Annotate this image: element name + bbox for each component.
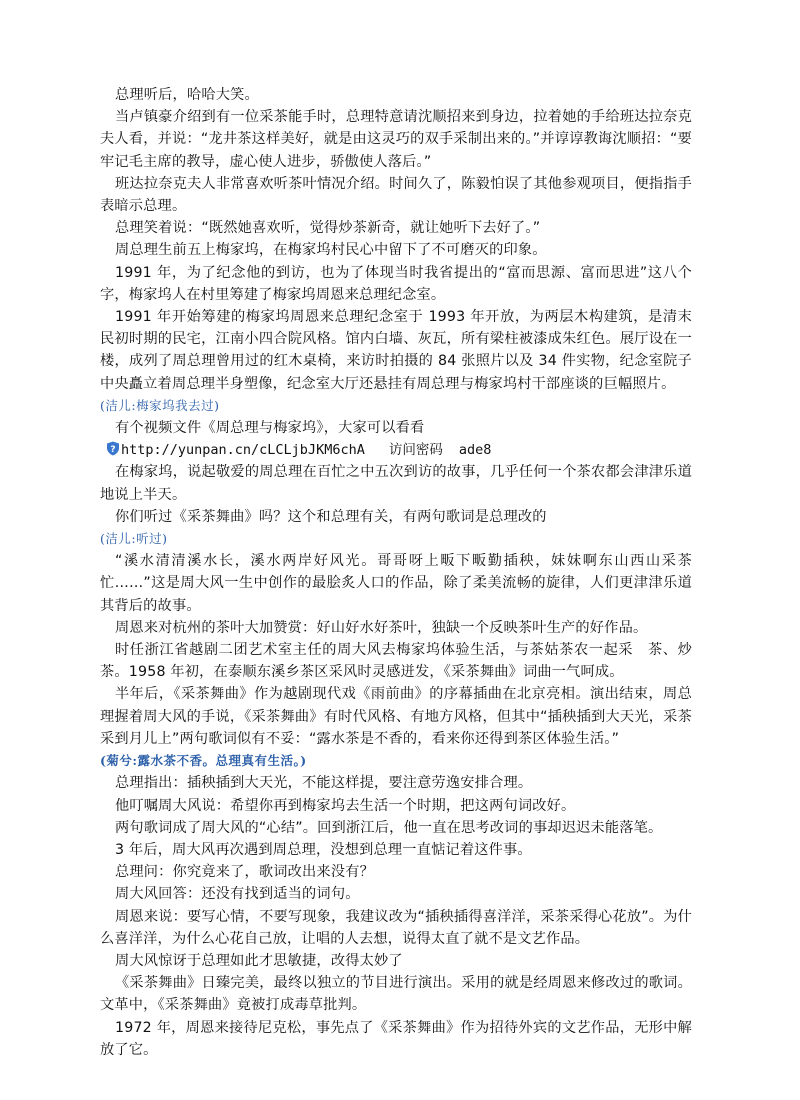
- paragraph: 周大风惊讶于总理如此才思敏捷，改得太妙了: [100, 950, 692, 972]
- paragraph: 他叮嘱周大风说：希望你再到梅家坞去生活一个时期，把这两句词改好。: [100, 795, 692, 817]
- password-value: ade8: [459, 442, 492, 458]
- paragraph: 总理笑着说：“既然她喜欢听，觉得炒茶新奇，就让她听下去好了。”: [100, 217, 692, 239]
- paragraph: 班达拉奈克夫人非常喜欢听茶叶情况介绍。时间久了，陈毅怕误了其他参观项目，便指指手…: [100, 173, 692, 217]
- paragraph: 3 年后，周大风再次遇到周总理，没想到总理一直惦记着这件事。: [100, 839, 692, 861]
- comment-note: (菊兮:露水茶不香。总理真有生活。): [100, 750, 692, 772]
- paragraph: 半年后，《采茶舞曲》作为越剧现代戏《雨前曲》的序幕插曲在北京亮相。演出结束，周总…: [100, 683, 692, 750]
- paragraph: 总理指出：插秧插到大天光，不能这样提，要注意劳逸安排合理。: [100, 772, 692, 794]
- shield-question-icon: ?: [106, 441, 120, 456]
- paragraph: 周恩来说：要写心情，不要写现象，我建议改为“插秧插得喜洋洋，采茶采得心花放”。为…: [100, 906, 692, 950]
- password-label: 访问密码: [389, 442, 443, 458]
- paragraph: 周总理生前五上梅家坞，在梅家坞村民心中留下了不可磨灭的印象。: [100, 239, 692, 261]
- paragraph: 1991 年开始筹建的梅家坞周恩来总理纪念室于 1993 年开放，为两层木构建筑…: [100, 306, 692, 395]
- comment-note: (洁儿:梅家坞我去过): [100, 395, 692, 417]
- svg-text:?: ?: [110, 445, 115, 455]
- video-intro: 有个视频文件《周总理与梅家坞》，大家可以看看: [100, 417, 692, 439]
- document-page: 总理听后，哈哈大笑。 当卢镇豪介绍到有一位采茶能手时，总理特意请沈顺招来到身边，…: [100, 84, 692, 1061]
- paragraph: 《采茶舞曲》日臻完美，最终以独立的节目进行演出。采用的就是经周恩来修改过的歌词。…: [100, 972, 692, 1016]
- paragraph: 1991 年，为了纪念他的到访，也为了体现当时我省提出的“富而思源、富而思进”这…: [100, 262, 692, 306]
- paragraph: 1972 年，周恩来接待尼克松，事先点了《采茶舞曲》作为招待外宾的文艺作品，无形…: [100, 1017, 692, 1061]
- paragraph: 周恩来对杭州的茶叶大加赞赏：好山好水好茶叶，独缺一个反映茶叶生产的好作品。: [100, 617, 692, 639]
- paragraph: “溪水清清溪水长，溪水两岸好风光。哥哥呀上畈下畈勤插秧，妹妹啊东山西山采茶忙………: [100, 550, 692, 617]
- paragraph: 两句歌词成了周大风的“心结”。回到浙江后，他一直在思考改词的事却迟迟未能落笔。: [100, 817, 692, 839]
- paragraph: 当卢镇豪介绍到有一位采茶能手时，总理特意请沈顺招来到身边，拉着她的手给班达拉奈克…: [100, 106, 692, 173]
- paragraph: 总理听后，哈哈大笑。: [100, 84, 692, 106]
- paragraph: 时任浙江省越剧二团艺术室主任的周大风去梅家坞体验生活，与茶姑茶农一起采 茶、炒茶…: [100, 639, 692, 683]
- paragraph: 在梅家坞，说起敬爱的周总理在百忙之中五次到访的故事，几乎任何一个茶农都会津津乐道…: [100, 461, 692, 505]
- paragraph: 总理问：你究竟来了，歌词改出来没有？: [100, 861, 692, 883]
- paragraph: 周大风回答：还没有找到适当的词句。: [100, 883, 692, 905]
- paragraph: 你们听过《采茶舞曲》吗？这个和总理有关，有两句歌词是总理改的: [100, 506, 692, 528]
- share-link[interactable]: http://yunpan.cn/cLCLjbJKM6chA: [121, 442, 365, 458]
- comment-note: (洁儿:听过): [100, 528, 692, 550]
- link-line: ?http://yunpan.cn/cLCLjbJKM6chA访问密码ade8: [100, 439, 692, 461]
